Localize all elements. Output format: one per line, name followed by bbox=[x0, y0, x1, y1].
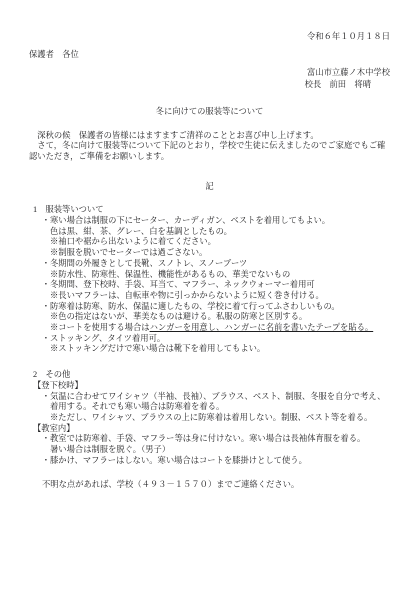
section-clothing: 1 服装等いついて ・寒い場合は制服の下にセーター、カーディガン、ベストを着用し… bbox=[29, 205, 390, 355]
school-name: 富山市立藤ノ木中学校 bbox=[307, 68, 390, 77]
body-paragraph: さて，冬に向けて服装等について下記のとおり，学校で生徒に伝えましたのでご家庭でも… bbox=[29, 141, 390, 162]
notice-line: ・膝かけ、マフラーはしない。寒い場合はコートを膝掛けとして使う。 bbox=[29, 456, 390, 467]
addressee: 保護者 各位 bbox=[29, 50, 390, 61]
notice-line: ・冬期間、登下校時、手袋、耳当て、マフラー、ネックウォーマー着用可 bbox=[29, 280, 390, 291]
notice-line: 色は黒、紺、茶、グレー、白を基調としたもの。 bbox=[29, 227, 390, 238]
section1-heading: 1 服装等いついて bbox=[29, 205, 390, 216]
notice-line: ・冬期間の外履きとして長靴、スノトレ、スノーブーツ bbox=[29, 259, 390, 270]
notice-line: ※色の指定はないが、華美なものは避ける。私服の防寒と区別する。 bbox=[29, 312, 390, 323]
document-title: 冬に向けての服装等について bbox=[29, 107, 390, 118]
section-other: 2 その他 【登下校時】 ・気温に合わせてワイシャツ（半袖、長袖）、ブラウス、ベ… bbox=[29, 370, 390, 466]
subsection-heading-commute: 【登下校時】 bbox=[29, 381, 390, 392]
notice-line-underlined: ハンガーを用意し、ハンガーに名前を書いたテープを貼る。 bbox=[150, 323, 374, 332]
notice-line: ・防寒着は防寒、防水、保温に適したもの、学校に着て行ってふさわしいもの。 bbox=[29, 302, 390, 313]
record-mark: 記 bbox=[29, 182, 390, 193]
notice-line: ・気温に合わせてワイシャツ（半袖、長袖）、ブラウス、ベスト、制服、冬服を自分で考… bbox=[29, 392, 390, 413]
notice-line: ※袖口や裾から出ないように着てください。 bbox=[29, 237, 390, 248]
notice-line: ※制服を脱いでセーターでは過ごさない。 bbox=[29, 248, 390, 259]
notice-line: ※ただし、ワイシャツ、ブラウスの上に防寒着は着用しない。制服、ベスト等を着る。 bbox=[29, 413, 390, 424]
principal-name: 校長 前田 将晴 bbox=[29, 80, 390, 91]
contact-line: 不明な点があれば、学校（４９３－１５７０）までご連絡ください。 bbox=[29, 480, 390, 491]
date-line: 令和６年１０月１８日 bbox=[29, 32, 390, 43]
notice-line: 暑い場合は制服を脱ぐ。（男子） bbox=[29, 445, 390, 456]
notice-line: ※防水性、防寒性、保温性、機能性があるもの、華美でないもの bbox=[29, 270, 390, 281]
subsection-heading-classroom: 【教室内】 bbox=[29, 424, 390, 435]
notice-line-plain: ※コートを使用する場合は bbox=[50, 323, 150, 332]
section2-heading: 2 その他 bbox=[29, 370, 390, 381]
notice-line: ※コートを使用する場合はハンガーを用意し、ハンガーに名前を書いたテープを貼る。 bbox=[29, 323, 390, 334]
notice-page: 令和６年１０月１８日 保護者 各位 富山市立藤ノ木中学校 校長 前田 将晴 冬に… bbox=[0, 0, 420, 594]
notice-line: ・教室では防寒着、手袋、マフラー等は身に付けない。寒い場合は長袖体育服を着る。 bbox=[29, 434, 390, 445]
notice-line: ・ストッキング、タイツ着用可。 bbox=[29, 334, 390, 345]
notice-line: ※ストッキングだけで寒い場合は靴下を着用してもよい。 bbox=[29, 344, 390, 355]
notice-line: ※長いマフラーは、自転車や物に引っかからないように短く巻き付ける。 bbox=[29, 291, 390, 302]
notice-line: ・寒い場合は制服の下にセーター、カーディガン、ベストを着用してもよい。 bbox=[29, 216, 390, 227]
greeting-paragraph: 深秋の候 保護者の皆様にはますますご清祥のこととお喜び申し上げます。 bbox=[29, 131, 390, 142]
intro-block: 深秋の候 保護者の皆様にはますますご清祥のこととお喜び申し上げます。 さて，冬に… bbox=[29, 131, 390, 163]
sender-block: 富山市立藤ノ木中学校 校長 前田 将晴 bbox=[29, 68, 390, 90]
